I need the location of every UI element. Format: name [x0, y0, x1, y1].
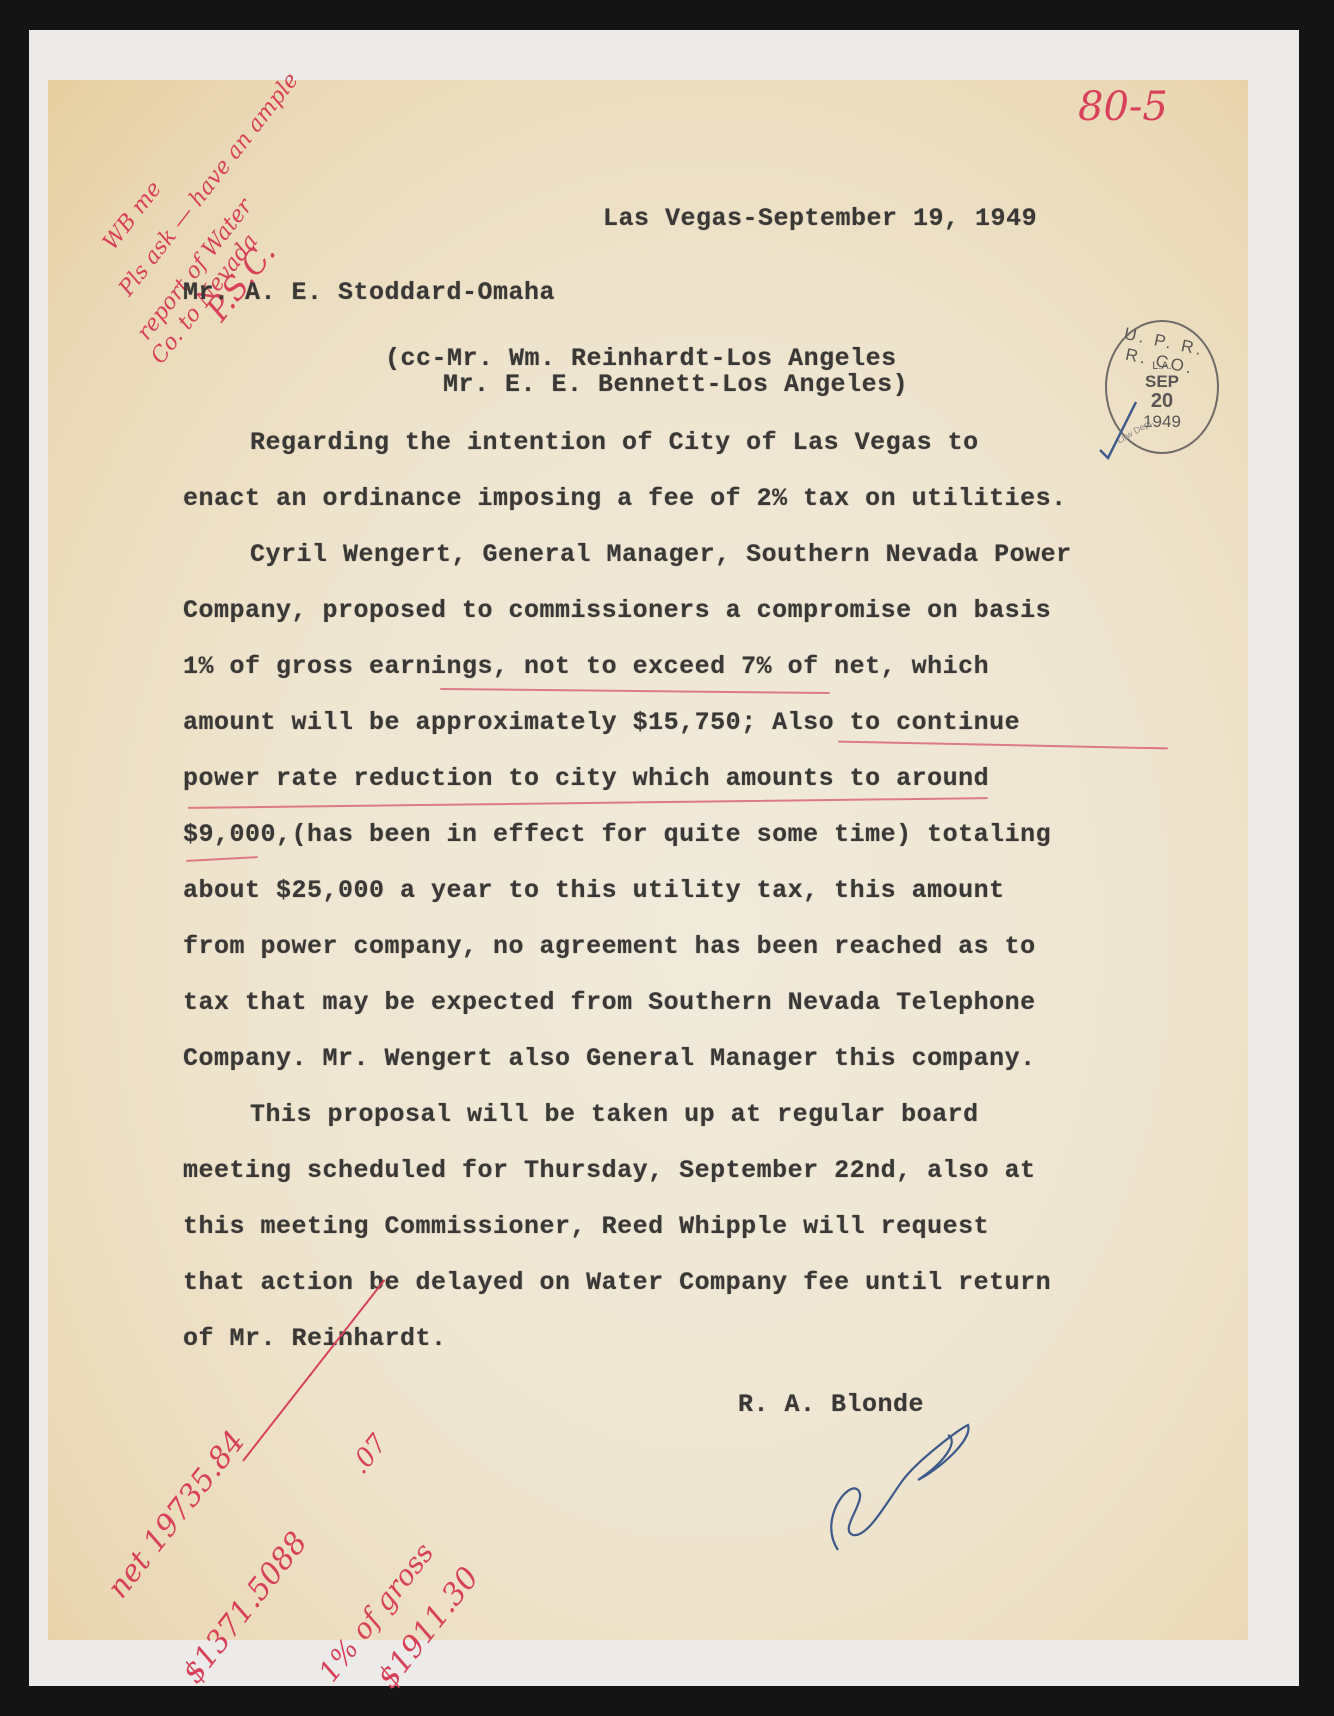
body-line-12: Company. Mr. Wengert also General Manage…	[183, 1044, 1036, 1073]
body-line-17: of Mr. Reinhardt.	[183, 1324, 447, 1353]
body-line-7: power rate reduction to city which amoun…	[183, 764, 989, 793]
body-line-14: meeting scheduled for Thursday, Septembe…	[183, 1156, 1036, 1185]
cc-line-1: (cc-Mr. Wm. Reinhardt-Los Angeles	[385, 344, 897, 373]
reference-number: 80-5	[1078, 84, 1168, 130]
body-line-8: $9,000,(has been in effect for quite som…	[183, 820, 1051, 849]
signature-name: R. A. Blonde	[738, 1390, 924, 1419]
body-line-6: amount will be approximately $15,750; Al…	[183, 708, 1020, 737]
letter-paper: 80-5 WB me Pls ask — have an ample repor…	[48, 80, 1248, 1640]
red-underline	[440, 688, 830, 694]
body-line-10: from power company, no agreement has bee…	[183, 932, 1036, 961]
body-line-4: Company, proposed to commissioners a com…	[183, 596, 1051, 625]
calc-rate: .07	[344, 1429, 393, 1480]
addressee: Mr. A. E. Stoddard-Omaha	[183, 278, 555, 307]
cc-line-2: Mr. E. E. Bennett-Los Angeles)	[443, 370, 908, 399]
signature-icon	[808, 1420, 988, 1560]
body-line-2: enact an ordinance imposing a fee of 2% …	[183, 484, 1067, 513]
calc-net-amount: net 19735.84	[100, 1424, 252, 1605]
date-line: Las Vegas-September 19, 1949	[603, 204, 1037, 233]
body-line-15: this meeting Commissioner, Reed Whipple …	[183, 1212, 989, 1241]
body-line-3: Cyril Wengert, General Manager, Southern…	[250, 540, 1072, 569]
body-line-16: that action be delayed on Water Company …	[183, 1268, 1051, 1297]
stamp-location: L.A.	[1107, 360, 1217, 372]
checkmark-icon	[1098, 400, 1138, 460]
body-line-5: 1% of gross earnings, not to exceed 7% o…	[183, 652, 989, 681]
body-line-13: This proposal will be taken up at regula…	[250, 1100, 979, 1129]
red-underline	[186, 856, 258, 862]
body-line-9: about $25,000 a year to this utility tax…	[183, 876, 1005, 905]
body-line-11: tax that may be expected from Southern N…	[183, 988, 1036, 1017]
red-underline	[188, 797, 988, 809]
body-line-1: Regarding the intention of City of Las V…	[250, 428, 979, 457]
red-underline	[838, 741, 1168, 750]
stamp-month: SEP	[1107, 372, 1217, 392]
